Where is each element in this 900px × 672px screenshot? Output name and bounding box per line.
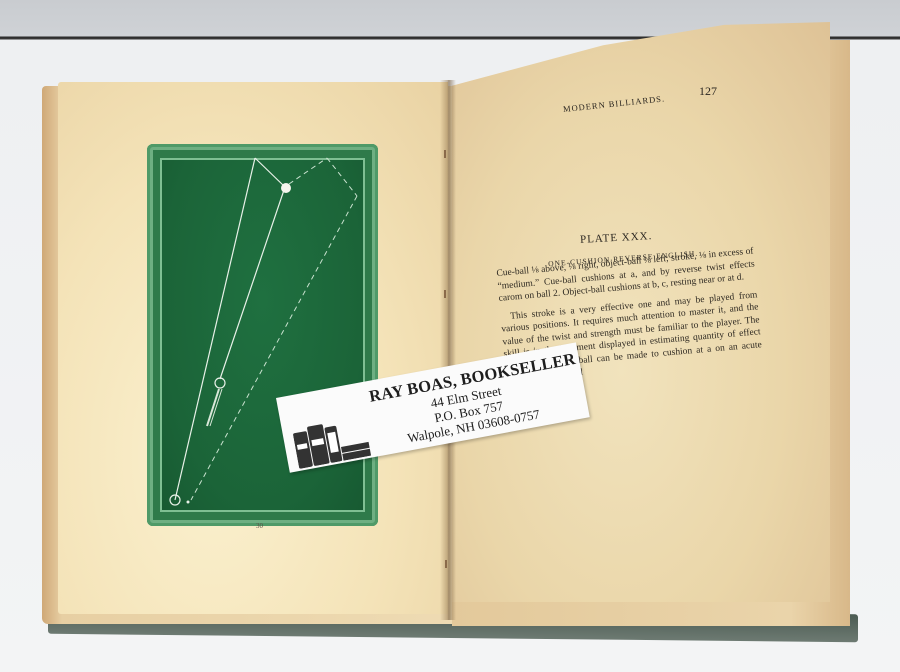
plate-caption-number: 30 — [256, 522, 263, 530]
binding-stitch — [444, 150, 446, 158]
binding-stitch — [445, 560, 447, 568]
book-gutter — [440, 80, 456, 620]
binding-stitch — [444, 290, 446, 298]
page-number: 127 — [699, 84, 717, 99]
billiard-diagram-icon — [147, 144, 378, 526]
billiard-plate — [147, 144, 378, 526]
